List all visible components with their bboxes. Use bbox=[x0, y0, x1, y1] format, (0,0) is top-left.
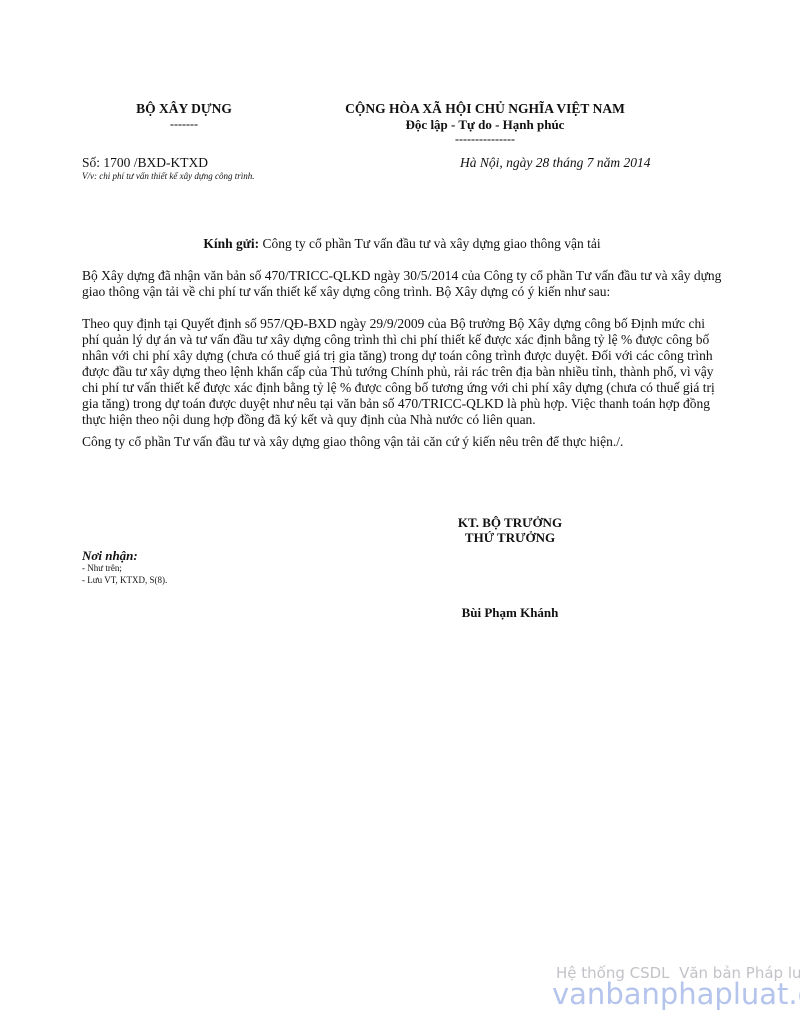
addressee: Kính gửi: Công ty cổ phần Tư vấn đầu tư … bbox=[82, 236, 722, 252]
watermark-site-name: vanbanphapluat.co bbox=[552, 977, 800, 1011]
national-title: CỘNG HÒA XÃ HỘI CHỦ NGHĨA VIỆT NAM bbox=[305, 101, 665, 117]
addressee-label: Kính gửi: bbox=[203, 236, 259, 251]
signatory-name: Bùi Phạm Khánh bbox=[420, 605, 600, 621]
body-paragraph: Theo quy định tại Quyết định số 957/QĐ-B… bbox=[82, 316, 722, 428]
recipient-item: - Như trên; bbox=[82, 563, 167, 575]
addressee-recipient: Công ty cổ phần Tư vấn đầu tư và xây dựn… bbox=[259, 236, 601, 251]
recipients-label: Nơi nhận: bbox=[82, 548, 138, 563]
signature-title-line2: THỨ TRƯỞNG bbox=[420, 531, 600, 546]
motto-divider: --------------- bbox=[305, 132, 665, 146]
signature-title: KT. BỘ TRƯỞNG THỨ TRƯỞNG bbox=[420, 516, 600, 545]
issuing-agency: BỘ XÂY DỰNG bbox=[100, 101, 268, 117]
place-and-date: Hà Nội, ngày 28 tháng 7 năm 2014 bbox=[460, 155, 651, 171]
body-paragraph: Bộ Xây dựng đã nhận văn bản số 470/TRICC… bbox=[82, 268, 722, 300]
recipient-item: - Lưu VT, KTXD, S(8). bbox=[82, 575, 167, 587]
body-paragraph: Công ty cổ phần Tư vấn đầu tư và xây dựn… bbox=[82, 434, 722, 450]
recipients-list: - Như trên; - Lưu VT, KTXD, S(8). bbox=[82, 563, 167, 586]
signature-title-line1: KT. BỘ TRƯỞNG bbox=[420, 516, 600, 531]
agency-divider: ------- bbox=[100, 117, 268, 131]
document-subject: V/v: chi phí tư vấn thiết kế xây dựng cô… bbox=[82, 171, 282, 183]
document-number: Số: 1700 /BXD-KTXD bbox=[82, 155, 208, 171]
national-motto: Độc lập - Tự do - Hạnh phúc bbox=[305, 117, 665, 133]
